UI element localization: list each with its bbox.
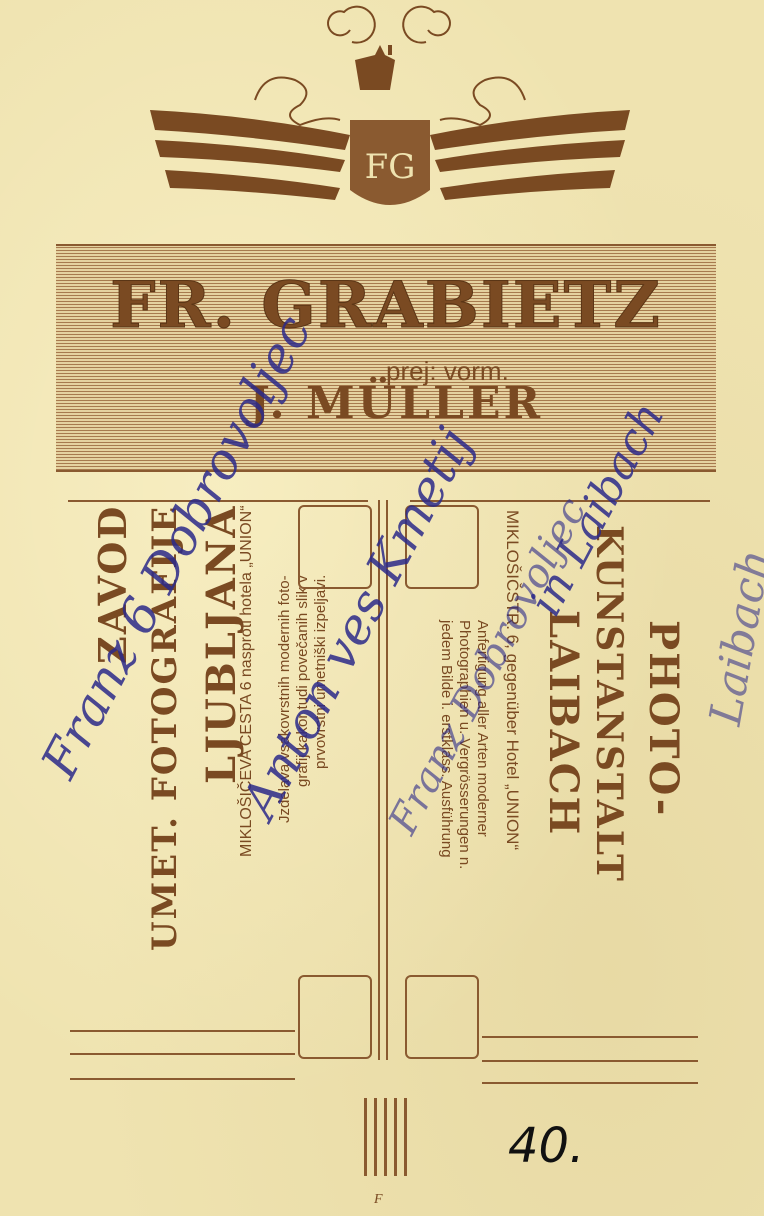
- right-city: LAIBACH: [540, 610, 587, 1010]
- divider-rule: [482, 1082, 698, 1084]
- divider-rule: [482, 1036, 698, 1038]
- stripe-ornament-icon: [364, 1098, 408, 1176]
- svg-text:FG: FG: [365, 147, 416, 187]
- divider-rule: [70, 1078, 295, 1080]
- right-title-line1: PHOTO-: [640, 620, 687, 920]
- divider-rule: [70, 1053, 295, 1055]
- pencil-number: 40.: [508, 1118, 584, 1174]
- right-description-3: jedem Bilde i. erstklass. Ausführung: [438, 620, 455, 1020]
- eagle-crown-emblem-icon: FG: [145, 0, 635, 225]
- floral-ornament-icon: [298, 975, 372, 1059]
- printer-mark: F: [374, 1192, 383, 1208]
- divider-rule: [482, 1060, 698, 1062]
- handwriting-line: Laibach: [700, 546, 764, 729]
- studio-name: FR. GRABIETZ: [66, 268, 706, 343]
- cabinet-card-back: FG FR. GRABIETZ prej: vorm. J. MÜLLER ZA…: [0, 0, 764, 1216]
- right-title-line2: KUNSTANSTALT: [588, 525, 630, 1005]
- divider-rule: [70, 1030, 295, 1032]
